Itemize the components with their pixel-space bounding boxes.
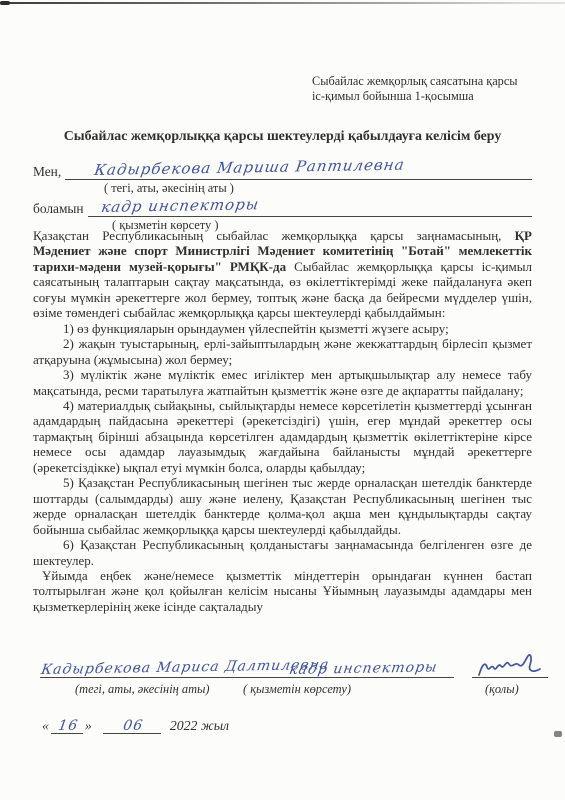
handwritten-day: 16	[57, 718, 79, 734]
document-title: Сыбайлас жемқорлыққа қарсы шектеулерді қ…	[33, 129, 532, 145]
position-field-row: боламын кадр инспекторы	[33, 199, 532, 217]
signature-sign-line	[472, 651, 548, 678]
signature-sign-caption: (қолы)	[485, 682, 519, 697]
list-item-5: 5) Қазақстан Республикасының шегінен тыс…	[33, 475, 532, 537]
list-item-1: 1) өз функцияларын орындаумен үйлеспейті…	[33, 321, 532, 336]
signature-handwritten-position: кадр инспекторы	[288, 659, 439, 678]
position-field-line: кадр инспекторы	[88, 199, 532, 217]
signature-name-caption: (тегі, аты, әкесінің аты)	[75, 682, 210, 697]
signature-row: Кадырбекова Мариса Далтилевна кадр инспе…	[40, 650, 546, 678]
signature-handwritten-name: Кадырбекова Мариса Далтилевна	[40, 657, 331, 678]
handwritten-month: 06	[122, 718, 144, 734]
scan-artifact-top-line	[0, 2, 565, 4]
date-year-text: 2022 жыл	[170, 718, 229, 734]
closing-paragraph: Ұйымда еңбек және/немесе қызметтік мінде…	[33, 568, 532, 614]
scan-artifact-speck	[554, 731, 562, 737]
scan-artifact-corner-mark	[0, 1, 10, 5]
handwritten-name: Кадырбекова Мариша Раптилевна	[93, 156, 406, 179]
signature-scribble	[476, 653, 544, 679]
name-field-row: Мен, Кадырбекова Мариша Раптилевна	[33, 162, 532, 180]
list-item-3: 3) мүліктік және мүліктік емес игіліктер…	[33, 367, 532, 398]
list-item-6: 6) Қазақстан Республикасының қолданыстағ…	[33, 537, 532, 568]
handwritten-position: кадр инспекторы	[100, 195, 261, 216]
date-row: « 16 » 06 2022 жыл	[40, 712, 229, 734]
intro-paragraph: Қазақстан Республикасының сыбайлас жемқо…	[33, 228, 532, 321]
scanned-document-page: Сыбайлас жемқорлық саясатына қарсы іс-қи…	[0, 0, 565, 800]
close-quote: »	[83, 718, 94, 734]
intro-text-1: Қазақстан Республикасының сыбайлас жемқо…	[33, 228, 515, 243]
appendix-line-2: іс-қимыл бойынша 1-қосымша	[312, 89, 518, 104]
list-item-2: 2) жақын туыстарының, ерлі-зайыптылардың…	[33, 336, 532, 367]
date-day-line: 16	[51, 715, 83, 734]
bolamyn-label: боламын	[33, 201, 88, 217]
signature-position-caption: ( қызметін көрсету)	[243, 682, 351, 697]
signature-name-line: Кадырбекова Мариса Далтилевна кадр инспе…	[40, 651, 454, 678]
men-label: Мен,	[33, 164, 65, 180]
name-field-caption: ( тегі, аты, әкесінің аты )	[104, 181, 234, 196]
document-body: Қазақстан Республикасының сыбайлас жемқо…	[33, 228, 532, 614]
name-field-line: Кадырбекова Мариша Раптилевна	[65, 162, 532, 180]
appendix-line-1: Сыбайлас жемқорлық саясатына қарсы	[312, 74, 518, 89]
list-item-4: 4) материалдық сыйақыны, сыйлықтарды нем…	[33, 398, 532, 475]
appendix-note: Сыбайлас жемқорлық саясатына қарсы іс-қи…	[312, 74, 518, 104]
open-quote: «	[40, 718, 51, 734]
date-month-line: 06	[103, 715, 161, 734]
signature-captions: (тегі, аты, әкесінің аты) ( қызметін көр…	[0, 682, 565, 698]
